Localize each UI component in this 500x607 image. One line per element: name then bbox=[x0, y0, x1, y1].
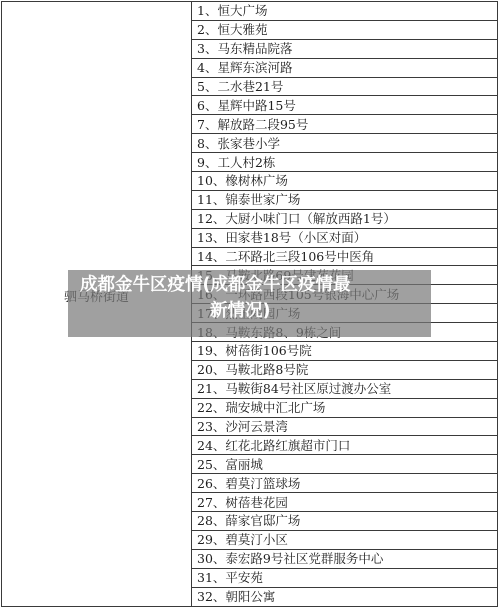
site-cell: 26、碧莫汀篮球场 bbox=[192, 474, 498, 493]
site-cell: 27、树蓓巷花园 bbox=[192, 493, 498, 512]
site-cell: 6、星辉中路15号 bbox=[192, 96, 498, 115]
site-cell: 22、瑞安城中汇北广场 bbox=[192, 398, 498, 417]
site-cell: 14、二环路北三段106号中医角 bbox=[192, 247, 498, 266]
site-cell: 4、星辉东滨河路 bbox=[192, 58, 498, 77]
document-sheet: 驷马桥街道1、恒大广场2、恒大雅苑3、马东精品院落4、星辉东滨河路5、二水巷21… bbox=[0, 0, 500, 607]
site-cell: 1、恒大广场 bbox=[192, 2, 498, 21]
site-cell: 11、锦泰世家广场 bbox=[192, 190, 498, 209]
site-cell: 24、红花北路红旗超市门口 bbox=[192, 436, 498, 455]
site-cell: 31、平安苑 bbox=[192, 568, 498, 587]
site-cell: 21、马鞍街84号社区原过渡办公室 bbox=[192, 379, 498, 398]
article-title-line1: 成都金牛区疫情(成都金牛区疫情最 bbox=[68, 272, 431, 298]
table-row: 驷马桥街道1、恒大广场 bbox=[2, 2, 498, 21]
site-cell: 32、朝阳公寓 bbox=[192, 587, 498, 606]
site-cell: 13、田家巷18号（小区对面） bbox=[192, 228, 498, 247]
site-cell: 10、橡树林广场 bbox=[192, 172, 498, 191]
site-cell: 9、工人村2栋 bbox=[192, 153, 498, 172]
site-cell: 28、薛家官邸广场 bbox=[192, 512, 498, 531]
site-cell: 12、大厨小味门口（解放西路1号） bbox=[192, 209, 498, 228]
site-cell: 8、张家巷小学 bbox=[192, 134, 498, 153]
site-cell: 5、二水巷21号 bbox=[192, 77, 498, 96]
site-cell: 30、泰宏路9号社区党群服务中心 bbox=[192, 549, 498, 568]
site-cell: 23、沙河云景湾 bbox=[192, 417, 498, 436]
site-cell: 7、解放路二段95号 bbox=[192, 115, 498, 134]
site-cell: 3、马东精品院落 bbox=[192, 39, 498, 58]
article-title: 成都金牛区疫情(成都金牛区疫情最 新情况) bbox=[68, 272, 431, 324]
site-cell: 19、树蓓街106号院 bbox=[192, 342, 498, 361]
article-title-line2: 新情况) bbox=[68, 298, 431, 324]
site-cell: 2、恒大雅苑 bbox=[192, 20, 498, 39]
site-cell: 29、碧莫汀小区 bbox=[192, 530, 498, 549]
site-cell: 20、马鞍北路8号院 bbox=[192, 360, 498, 379]
site-cell: 25、富丽城 bbox=[192, 455, 498, 474]
